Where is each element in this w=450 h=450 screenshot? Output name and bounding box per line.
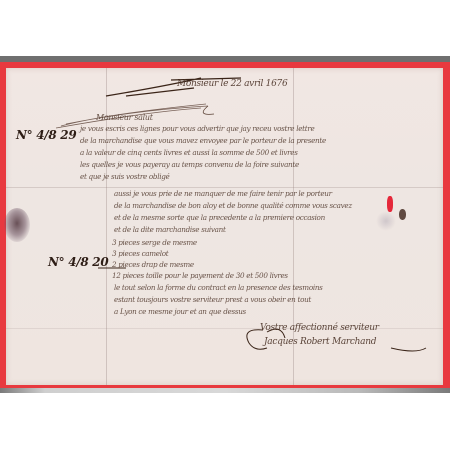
entry-1-line: de la marchandise que vous mavez envoyee…: [80, 136, 326, 145]
entry-1-line: a la valeur de cinq cents livres et auss…: [80, 148, 298, 157]
ink-stain-left: [4, 208, 30, 242]
entry-2-line: et de la mesme sorte que la precedente a…: [114, 213, 325, 222]
header-flourish: [26, 66, 306, 126]
margin-note-entry-1: N° 4/8 29: [16, 128, 76, 142]
entry-1-line: les quelles je vous payeray au temps con…: [80, 160, 299, 169]
entry-2-line: 3 pieces camelot: [112, 249, 168, 258]
red-wax-mark: [387, 196, 393, 212]
list-bracket-flourish: [98, 264, 128, 284]
signature-line-1: Vostre affectionné serviteur: [260, 323, 379, 333]
entry-2-line: 3 pieces serge de mesme: [112, 238, 197, 247]
entry-1-line: je vous escris ces lignes pour vous adve…: [80, 124, 314, 133]
entry-2-line: de la marchandise de bon aloy et de bonn…: [114, 201, 352, 210]
entry-2-line: a Lyon ce mesme jour et an que dessus: [114, 307, 246, 316]
ink-stain-right: [399, 209, 406, 220]
entry-2-line: estant tousjours vostre serviteur prest …: [114, 295, 311, 304]
fold-line-horizontal: [6, 187, 443, 188]
faint-smudge: [376, 211, 396, 231]
entry-1-line: et que je suis vostre obligé: [80, 172, 169, 181]
scan-bottom-border: [0, 388, 450, 393]
salutation: Monsieur salut: [96, 113, 153, 122]
entry-2-line: et de la dite marchandise suivant: [114, 225, 226, 234]
entry-2-line: 12 pieces toille pour le payement de 30 …: [112, 271, 288, 280]
entry-2-line: aussi je vous prie de ne manquer de me f…: [114, 189, 332, 198]
header-date-line: Monsieur le 22 avril 1676: [177, 79, 287, 89]
manuscript-page: Monsieur le 22 avril 1676 Monsieur salut…: [6, 68, 443, 385]
signature-line-2: Jacques Robert Marchand: [264, 337, 376, 347]
entry-2-line: le tout selon la forme du contract en la…: [114, 283, 323, 292]
